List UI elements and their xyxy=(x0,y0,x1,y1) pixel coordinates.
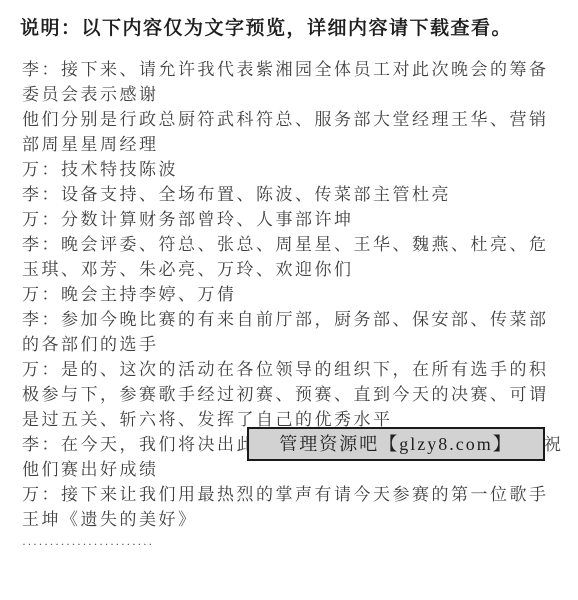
script-line: 万：晚会主持李婷、万倩 xyxy=(22,282,566,307)
script-line: 李：设备支持、全场布置、陈波、传菜部主管杜亮 xyxy=(22,182,566,207)
ellipsis-line: ························ xyxy=(22,532,566,557)
script-line: 李：晚会评委、符总、张总、周星星、王华、魏燕、杜亮、危 xyxy=(22,232,566,257)
watermark-badge: 管理资源吧【glzy8.com】 xyxy=(247,427,545,461)
line-text-before-watermark: 李：在今天，我们将决出此 xyxy=(22,435,256,454)
document-preview-page: 说明：以下内容仅为文字预览，详细内容请下载查看。 李：接下来、请允许我代表紫湘园… xyxy=(0,0,578,600)
script-line: 万：接下来让我们用最热烈的掌声有请今天参赛的第一位歌手 xyxy=(22,482,566,507)
line-text-after-watermark: 祝 xyxy=(544,435,564,454)
script-line: 王坤《遗失的美好》 xyxy=(22,507,566,532)
script-body: 李：接下来、请允许我代表紫湘园全体员工对此次晚会的筹备 委员会表示感谢 他们分别… xyxy=(22,57,566,557)
script-line: 极参与下，参赛歌手经过初赛、预赛、直到今天的决赛、可谓 xyxy=(22,382,566,407)
script-line: 李：接下来、请允许我代表紫湘园全体员工对此次晚会的筹备 xyxy=(22,57,566,82)
script-line: 万：技术特技陈波 xyxy=(22,157,566,182)
script-line: 万：分数计算财务部曾玲、人事部许坤 xyxy=(22,207,566,232)
script-line: 他们分别是行政总厨符武科符总、服务部大堂经理王华、营销 xyxy=(22,107,566,132)
script-line: 玉琪、邓芳、朱必亮、万玲、欢迎你们 xyxy=(22,257,566,282)
script-line: 万：是的、这次的活动在各位领导的组织下，在所有选手的积 xyxy=(22,357,566,382)
script-line: 部周星星周经理 xyxy=(22,132,566,157)
watermark-text: 管理资源吧【glzy8.com】 xyxy=(279,432,512,457)
script-line-interrupted: 李：在今天，我们将决出此祝 管理资源吧【glzy8.com】 xyxy=(22,432,566,457)
script-line: 李：参加今晚比赛的有来自前厅部，厨务部、保安部、传菜部 xyxy=(22,307,566,332)
script-line: 的各部们的选手 xyxy=(22,332,566,357)
preview-notice: 说明：以下内容仅为文字预览，详细内容请下载查看。 xyxy=(20,13,512,40)
script-line: 委员会表示感谢 xyxy=(22,82,566,107)
